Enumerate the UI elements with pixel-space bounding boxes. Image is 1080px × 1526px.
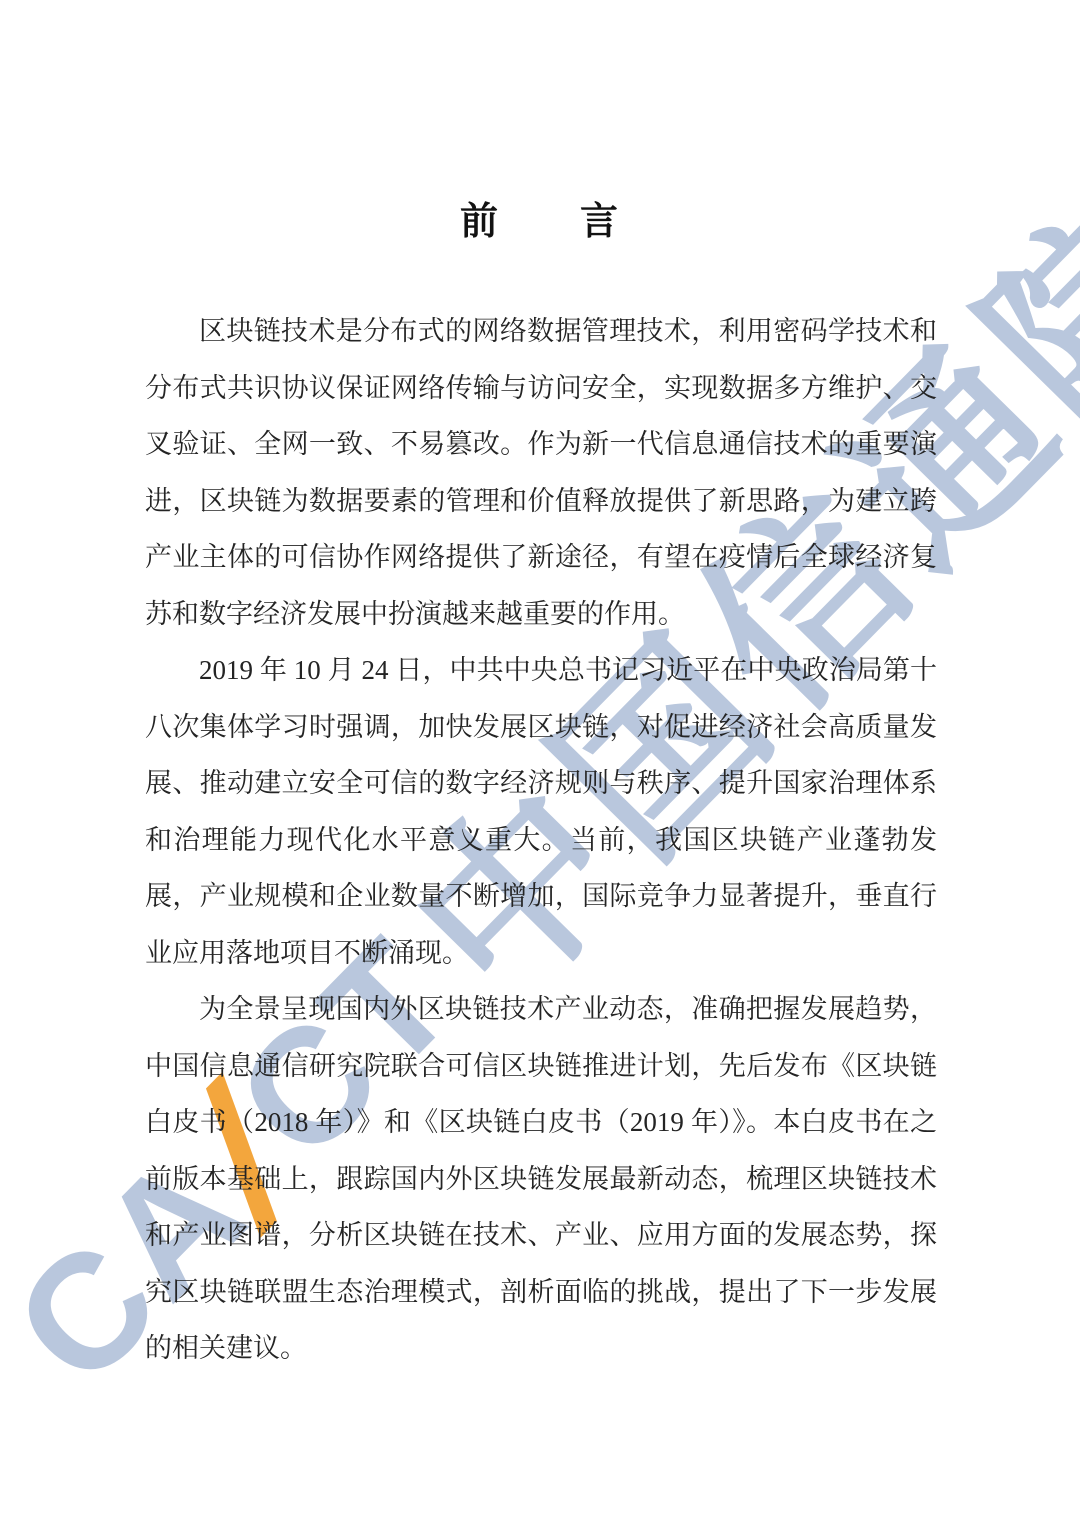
document-page: CAICT中国信通院 前 言 区块链技术是分布式的网络数据管理技术，利用密码学技… (0, 0, 1080, 1526)
paragraph-2: 2019 年 10 月 24 日，中共中央总书记习近平在中央政治局第十八次集体学… (145, 642, 937, 981)
paragraph-1: 区块链技术是分布式的网络数据管理技术，利用密码学技术和分布式共识协议保证网络传输… (145, 303, 937, 642)
paragraph-3: 为全景呈现国内外区块链技术产业动态，准确把握发展趋势，中国信息通信研究院联合可信… (145, 981, 937, 1377)
page-title: 前 言 (0, 190, 1080, 245)
document-body: 区块链技术是分布式的网络数据管理技术，利用密码学技术和分布式共识协议保证网络传输… (145, 303, 937, 1377)
